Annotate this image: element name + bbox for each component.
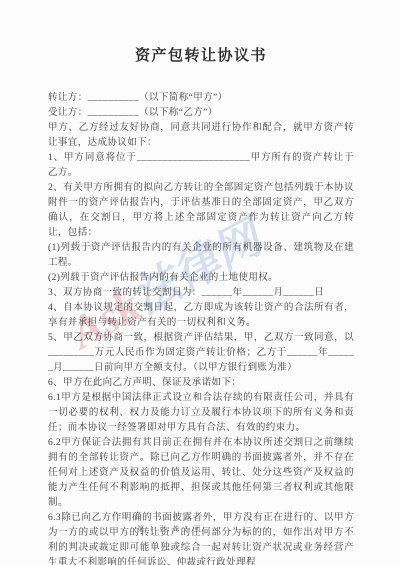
transferor-line: 转让方：__________（以下简称“甲方”） bbox=[48, 91, 354, 106]
transferee-line: 受让方：__________（以下称“乙方”） bbox=[48, 106, 354, 121]
clause-2-item-1: (1)列载于资产评估报告内的有关企业的所有机器设备、建筑物及在建工程。 bbox=[48, 241, 354, 271]
clause-6: 6、甲方在此向乙方声明、保证及承诺如下： bbox=[48, 376, 354, 391]
clause-1: 1、甲方同意将位于______________________甲方所有的资产转让… bbox=[48, 151, 354, 181]
document-title: 资产包转让协议书 bbox=[48, 44, 354, 65]
clause-4: 4、自本协议规定的交割日起，乙方即成为该转让资产的合法所有者，享有并承担与转让资… bbox=[48, 301, 354, 331]
clause-6-3: 6.3除已向乙方作明确的书面披露者外，甲方没有正在进行的、以甲方为一方的或以甲方… bbox=[48, 511, 354, 565]
page-number-footer: 第 1 页 共 5 页 bbox=[0, 524, 340, 534]
document-content: 资产包转让协议书 转让方：__________（以下简称“甲方”） 受让方：__… bbox=[0, 0, 400, 565]
clause-5: 5、甲乙双方协商一致，根据资产评估结果，甲，乙双方一致同意，以_________… bbox=[48, 331, 354, 376]
preamble-paragraph: 甲方、乙方经过友好协商，同意共同进行协作和配合，就甲方资产转让事宜，达成协议如下… bbox=[48, 121, 354, 151]
document-page: Ask法律网 资产包转让协议书 转让方：__________（以下简称“甲方”）… bbox=[0, 0, 400, 565]
clause-6-1: 6.1甲方是根据中国法律正式设立和合法存续的有限责任公司，并具有一切必要的权利、… bbox=[48, 391, 354, 436]
document-body: 转让方：__________（以下简称“甲方”） 受让方：__________（… bbox=[48, 91, 354, 565]
clause-2: 2、有关甲方所拥有的拟向乙方转让的全部固定资产包括列载于本协议附件一的资产评估报… bbox=[48, 181, 354, 241]
clause-3: 3、双方协商一致的转让交割日为：______年______月______日 bbox=[48, 286, 354, 301]
clause-2-item-2: (2)列载于资产评估报告内的有关企业的土地使用权。 bbox=[48, 271, 354, 286]
clause-6-2: 6.2甲方保证合法拥有其目前正在拥有并在本协议所述交割日之前继续拥有的全部转让资… bbox=[48, 436, 354, 511]
